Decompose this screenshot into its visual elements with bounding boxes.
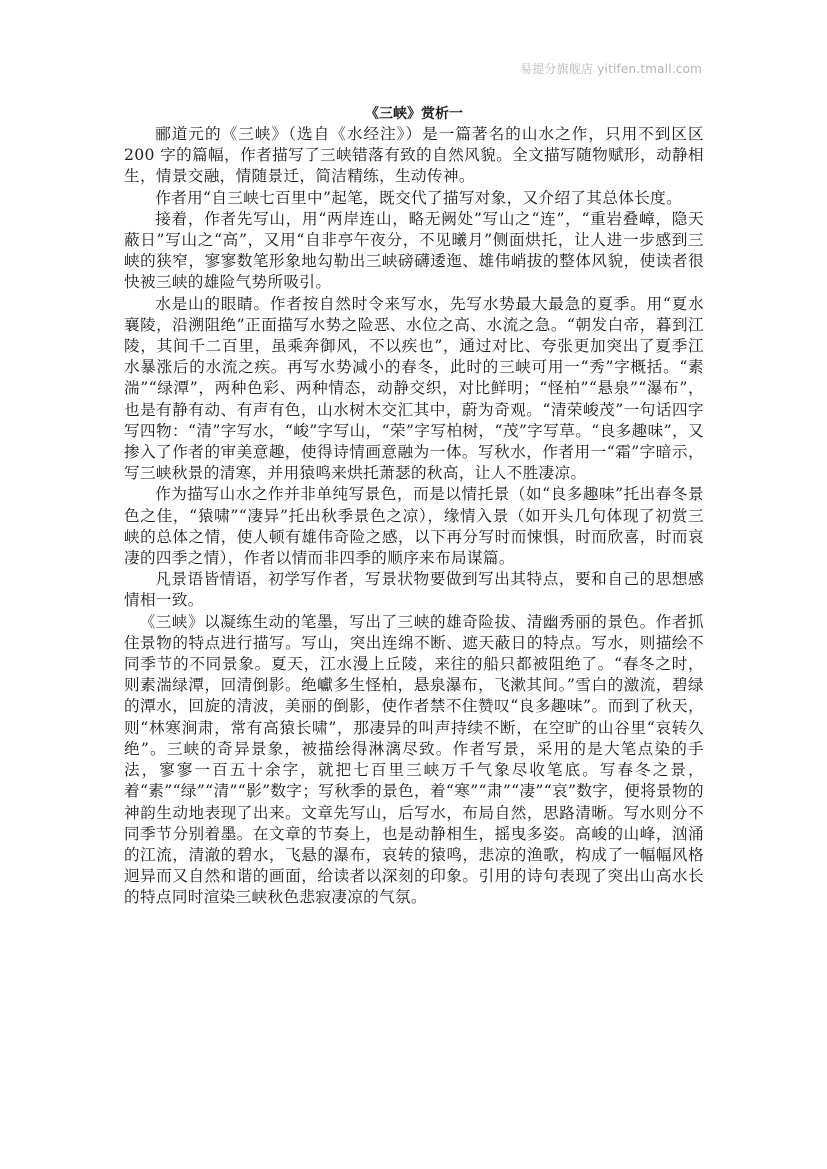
paragraph-mountains: 接着，作者先写山，用“两岸连山，略无阙处”写山之“连”，“重岩叠嶂，隐天蔽日”写…	[124, 209, 704, 294]
paragraph-summary: 《三峡》以凝练生动的笔墨，写出了三峡的雄奇险拔、清幽秀丽的景色。作者抓住景物的特…	[124, 612, 704, 909]
document-title: 《三峡》赏析一	[124, 104, 704, 124]
paragraph-intro: 郦道元的《三峡》（选自《水经注》）是一篇著名的山水之作，只用不到区区 200 字…	[124, 124, 704, 188]
paragraph-writing-advice: 凡景语皆情语，初学写作者，写景状物要做到写出其特点，要和自己的思想感情相一致。	[124, 569, 704, 611]
document-page: 《三峡》赏析一 郦道元的《三峡》（选自《水经注》）是一篇著名的山水之作，只用不到…	[124, 104, 704, 909]
paragraph-opening: 作者用“自三峡七百里中”起笔，既交代了描写对象，又介绍了其总体长度。	[124, 188, 704, 209]
paragraph-emotion: 作为描写山水之作并非单纯写景色，而是以情托景（如“良多趣味”托出春冬景色之佳，“…	[124, 484, 704, 569]
store-watermark: 易提分旗舰店 yitifen.tmall.com	[520, 60, 702, 77]
paragraph-water: 水是山的眼睛。作者按自然时令来写水，先写水势最大最急的夏季。用“夏水襄陵，沿溯阻…	[124, 294, 704, 485]
